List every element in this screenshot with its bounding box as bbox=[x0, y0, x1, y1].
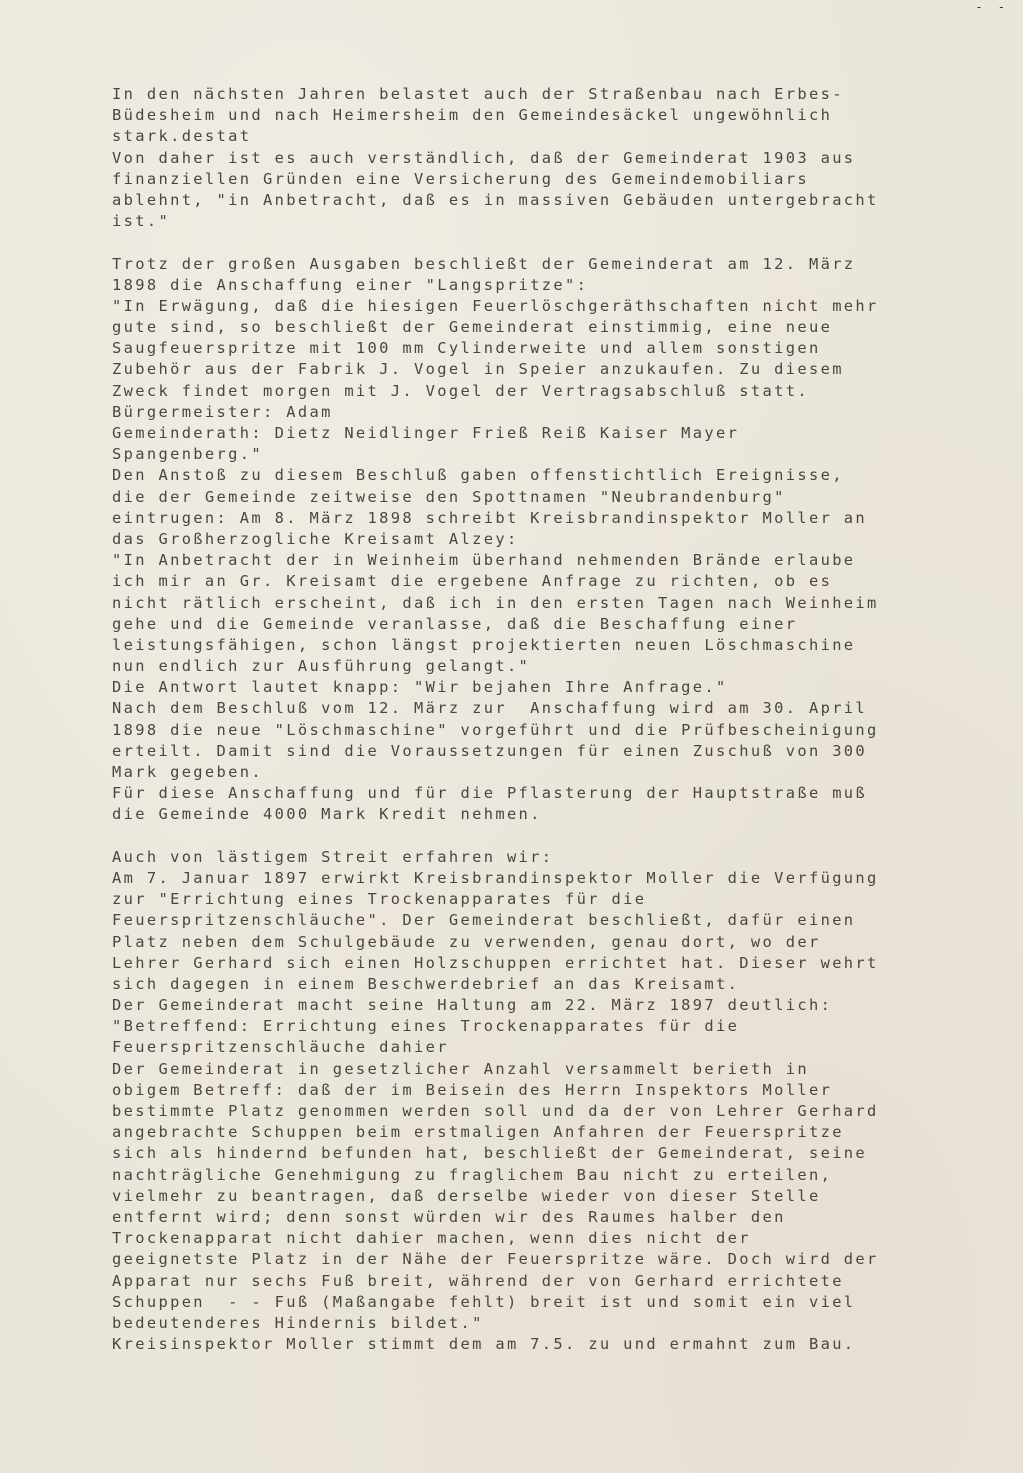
text-line: Von daher ist es auch verständlich, daß … bbox=[112, 148, 972, 169]
text-line: Bürgermeister: Adam bbox=[112, 402, 972, 423]
text-line: Für diese Anschaffung und für die Pflast… bbox=[112, 783, 972, 804]
text-line: Den Anstoß zu diesem Beschluß gaben offe… bbox=[112, 465, 972, 486]
text-line: nicht rätlich erscheint, daß ich in den … bbox=[112, 593, 972, 614]
text-line: vielmehr zu beantragen, daß derselbe wie… bbox=[112, 1186, 972, 1207]
text-line: eintrugen: Am 8. März 1898 schreibt Krei… bbox=[112, 508, 972, 529]
text-line: Spangenberg." bbox=[112, 444, 972, 465]
text-line: Gemeinderath: Dietz Neidlinger Frieß Rei… bbox=[112, 423, 972, 444]
text-line: Der Gemeinderat macht seine Haltung am 2… bbox=[112, 995, 972, 1016]
page-corner-mark: - - bbox=[975, 0, 1009, 14]
text-line: sich dagegen in einem Beschwerdebrief an… bbox=[112, 974, 972, 995]
text-line: Platz neben dem Schulgebäude zu verwende… bbox=[112, 932, 972, 953]
text-line: angebrachte Schuppen beim erstmaligen An… bbox=[112, 1122, 972, 1143]
text-line: nun endlich zur Ausführung gelangt." bbox=[112, 656, 972, 677]
text-line: bedeutenderes Hindernis bildet." bbox=[112, 1313, 972, 1334]
paragraph: In den nächsten Jahren belastet auch der… bbox=[112, 84, 972, 232]
text-line: Lehrer Gerhard sich einen Holzschuppen e… bbox=[112, 953, 972, 974]
text-line: Am 7. Januar 1897 erwirkt Kreisbrandinsp… bbox=[112, 868, 972, 889]
text-line: Nach dem Beschluß vom 12. März zur Ansch… bbox=[112, 698, 972, 719]
text-line: Zweck findet morgen mit J. Vogel der Ver… bbox=[112, 381, 972, 402]
text-line: "In Erwägung, daß die hiesigen Feuerlösc… bbox=[112, 296, 972, 317]
document-body: In den nächsten Jahren belastet auch der… bbox=[112, 84, 972, 1355]
text-line: Büdesheim und nach Heimersheim den Gemei… bbox=[112, 105, 972, 126]
text-line: Kreisinspektor Moller stimmt dem am 7.5.… bbox=[112, 1334, 972, 1355]
text-line: gute sind, so beschließt der Gemeinderat… bbox=[112, 317, 972, 338]
text-line: 1898 die Anschaffung einer "Langspritze"… bbox=[112, 275, 972, 296]
text-line: das Großherzogliche Kreisamt Alzey: bbox=[112, 529, 972, 550]
text-line: Trockenapparat nicht dahier machen, wenn… bbox=[112, 1228, 972, 1249]
text-line: Feuerspritzenschläuche". Der Gemeinderat… bbox=[112, 910, 972, 931]
text-line: "Betreffend: Errichtung eines Trockenapp… bbox=[112, 1016, 972, 1037]
text-line: bestimmte Platz genommen werden soll und… bbox=[112, 1101, 972, 1122]
text-line: stark.destat bbox=[112, 126, 972, 147]
text-line: erteilt. Damit sind die Voraussetzungen … bbox=[112, 741, 972, 762]
paragraph: Auch von lästigem Streit erfahren wir:Am… bbox=[112, 847, 972, 1356]
paragraph-gap bbox=[112, 232, 972, 253]
paragraph-gap bbox=[112, 826, 972, 847]
text-line: Zubehör aus der Fabrik J. Vogel in Speie… bbox=[112, 359, 972, 380]
text-line: Die Antwort lautet knapp: "Wir bejahen I… bbox=[112, 677, 972, 698]
text-line: entfernt wird; denn sonst würden wir des… bbox=[112, 1207, 972, 1228]
text-line: geeignetste Platz in der Nähe der Feuers… bbox=[112, 1249, 972, 1270]
text-line: "In Anbetracht der in Weinheim überhand … bbox=[112, 550, 972, 571]
text-line: leistungsfähigen, schon längst projektie… bbox=[112, 635, 972, 656]
text-line: gehe und die Gemeinde veranlasse, daß di… bbox=[112, 614, 972, 635]
text-line: ablehnt, "in Anbetracht, daß es in massi… bbox=[112, 190, 972, 211]
text-line: Der Gemeinderat in gesetzlicher Anzahl v… bbox=[112, 1059, 972, 1080]
text-line: die Gemeinde 4000 Mark Kredit nehmen. bbox=[112, 804, 972, 825]
text-line: Saugfeuerspritze mit 100 mm Cylinderweit… bbox=[112, 338, 972, 359]
text-line: zur "Errichtung eines Trockenapparates f… bbox=[112, 889, 972, 910]
text-line: die der Gemeinde zeitweise den Spottname… bbox=[112, 487, 972, 508]
text-line: 1898 die neue "Löschmaschine" vorgeführt… bbox=[112, 720, 972, 741]
text-line: nachträgliche Genehmigung zu fraglichem … bbox=[112, 1165, 972, 1186]
paragraph: Trotz der großen Ausgaben beschließt der… bbox=[112, 254, 972, 826]
text-line: sich als hindernd befunden hat, beschlie… bbox=[112, 1143, 972, 1164]
typewritten-page: - - In den nächsten Jahren belastet auch… bbox=[0, 0, 1023, 1473]
text-line: finanziellen Gründen eine Versicherung d… bbox=[112, 169, 972, 190]
text-line: Trotz der großen Ausgaben beschließt der… bbox=[112, 254, 972, 275]
text-line: Auch von lästigem Streit erfahren wir: bbox=[112, 847, 972, 868]
text-line: In den nächsten Jahren belastet auch der… bbox=[112, 84, 972, 105]
text-line: ist." bbox=[112, 211, 972, 232]
text-line: obigem Betreff: daß der im Beisein des H… bbox=[112, 1080, 972, 1101]
text-line: Feuerspritzenschläuche dahier bbox=[112, 1037, 972, 1058]
text-line: Apparat nur sechs Fuß breit, während der… bbox=[112, 1271, 972, 1292]
text-line: Mark gegeben. bbox=[112, 762, 972, 783]
text-line: ich mir an Gr. Kreisamt die ergebene Anf… bbox=[112, 571, 972, 592]
text-line: Schuppen - - Fuß (Maßangabe fehlt) breit… bbox=[112, 1292, 972, 1313]
